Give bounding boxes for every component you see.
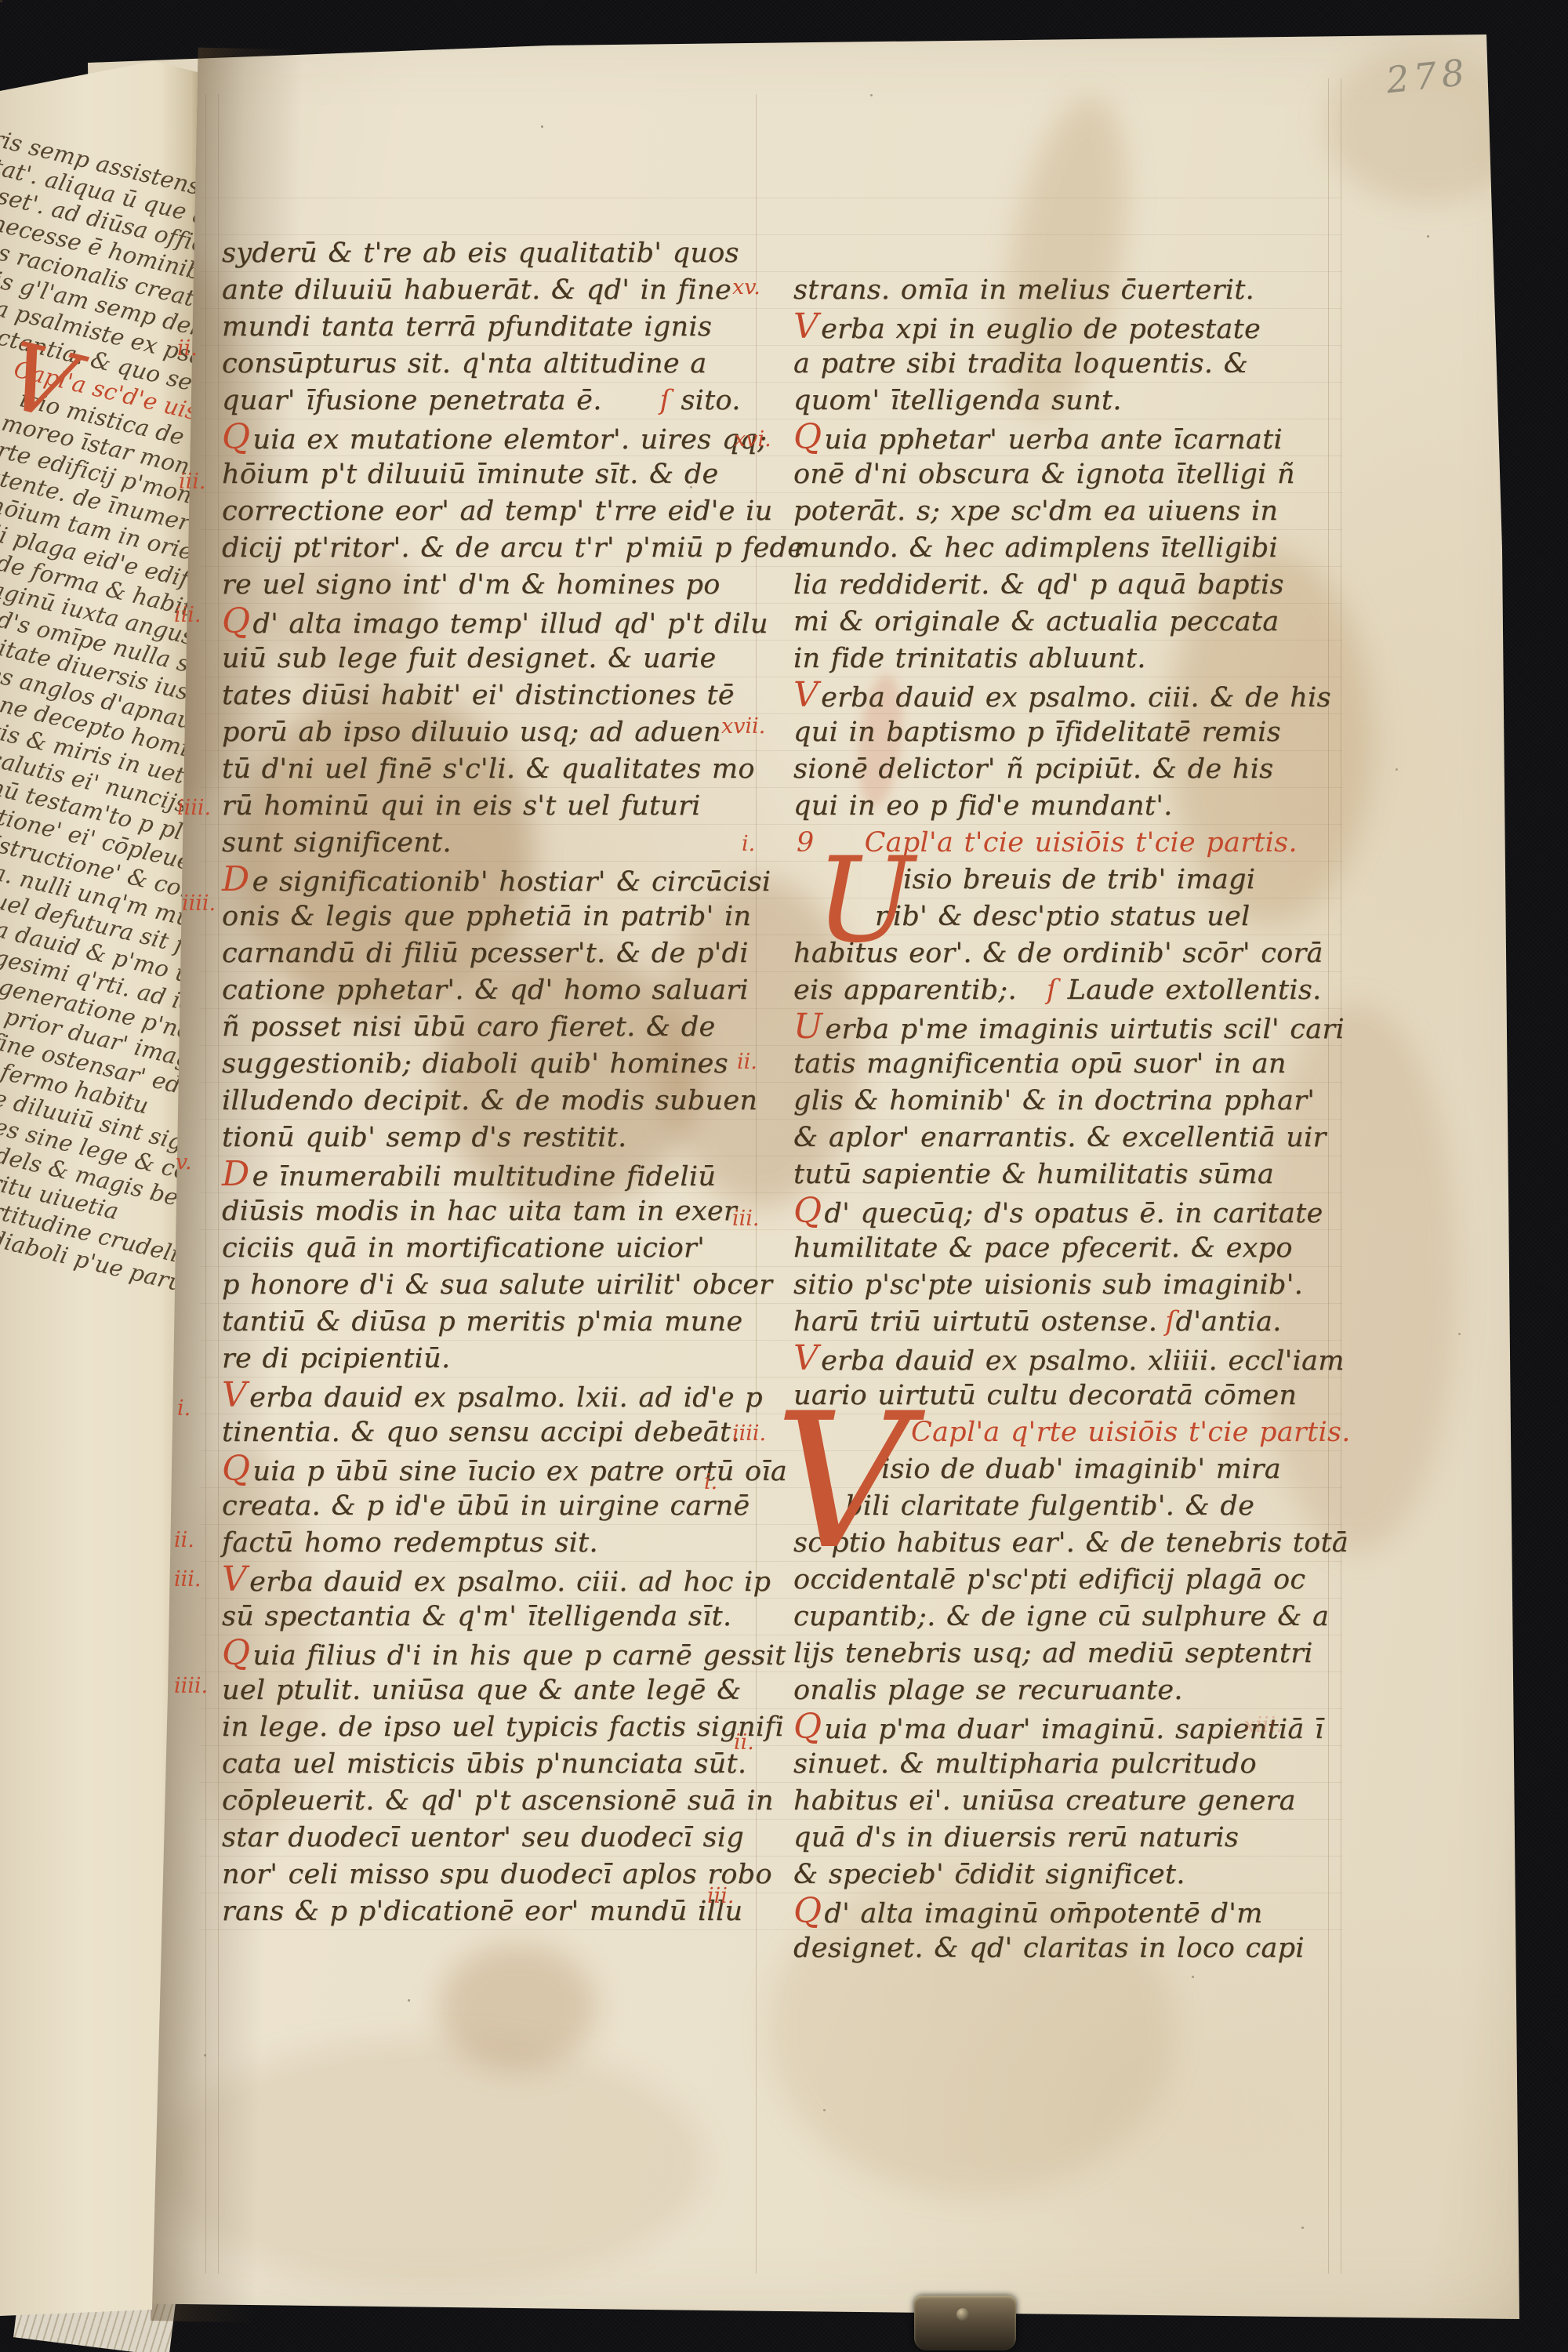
text-line: Qd' alta imaginū om̄potentē d'm xyxy=(793,1893,1263,1930)
text-line: Quia ex mutatione elemtor'. uires qq; xyxy=(222,419,767,456)
text-line: strans. omīa in melius c̄uerterit. xyxy=(793,272,1254,309)
text-segment: ciciis quā in mortificatione uicior' xyxy=(222,1232,705,1264)
text-line: uiū sub lege fuit designet. & uarie xyxy=(222,641,717,677)
text-segment: erba dauid ex psalmo. xliiii. eccl'iam xyxy=(821,1345,1345,1377)
specks xyxy=(0,0,2,2)
text-line: in fide trinitatis abluunt. xyxy=(793,641,1146,677)
chapter-numeral: iiii. xyxy=(174,1675,208,1698)
text-segment: catione pphetar'. & qd' homo saluari xyxy=(222,975,749,1006)
text-segment: qui in baptismo p īfidelitatē remis xyxy=(793,717,1281,748)
text-segment: tū d'ni uel finē s'c'li. & qualitates mo xyxy=(222,753,755,785)
text-line: uel ptulit. uniūsa que & ante legē & xyxy=(222,1672,742,1709)
text-segment: correctione eor' ad temp' t'rre eid'e iu xyxy=(222,495,772,527)
text-segment: syderū & t're ab eis qualitatib' quos xyxy=(222,238,739,269)
text-segment: tinentia. & quo sensu accipi debeāt. xyxy=(222,1417,740,1448)
initial-letter: Q xyxy=(222,1449,250,1489)
text-line: syderū & t're ab eis qualitatib' quos xyxy=(222,235,739,272)
text-segment: erba xpi in euglio de potestate xyxy=(821,314,1261,345)
ruling-vertical xyxy=(205,94,206,2274)
text-line: nor' celi misso spu duodecī aplos robo xyxy=(222,1857,772,1893)
chapter-numeral: xv. xyxy=(732,276,760,299)
text-line: re di pcipientiū. xyxy=(222,1341,450,1377)
chapter-numeral: ii. xyxy=(177,337,198,361)
text-segment: uia filius d'i in his que p carnē gessit xyxy=(252,1640,786,1671)
text-segment: sinuet. & multipharia pulcritudo xyxy=(793,1748,1257,1780)
paragraph-mark: ſ xyxy=(1165,1306,1175,1338)
chapter-numeral: v. xyxy=(176,1151,192,1174)
paragraph-mark: ſ xyxy=(660,385,670,416)
text-segment: sionē delictor' ñ pcipiūt. & de his xyxy=(793,753,1273,785)
text-line: dicij pt'ritor'. & de arcu t'r' p'miū p … xyxy=(222,530,804,567)
text-line: ñ posset nisi ūbū caro fieret. & de xyxy=(222,1009,716,1046)
text-line: a patre sibi tradita loquentis. & xyxy=(793,346,1248,383)
text-segment: d'antia. xyxy=(1176,1306,1282,1338)
text-line: qui in baptismo p īfidelitatē remis xyxy=(793,714,1281,751)
text-line: qui in eo p fid'e mundant'. xyxy=(793,788,1173,825)
paragraph-mark: 9 xyxy=(797,827,815,858)
text-line: Verba dauid ex psalmo. lxii. ad id'e p xyxy=(222,1377,763,1414)
text-line: ciciis quā in mortificatione uicior' xyxy=(222,1230,705,1267)
initial-letter: Q xyxy=(222,1633,250,1673)
text-line: Quia p ūbū sine īucio ex patre ortū oīa xyxy=(222,1451,787,1488)
folio-number: 278 xyxy=(1385,54,1471,99)
text-line: p honore d'i & sua salute uirilit' obcer xyxy=(222,1267,772,1304)
text-line: rū hominū qui in eis s't uel futuri xyxy=(222,788,701,825)
chapter-numeral: ii. xyxy=(734,1731,754,1755)
text-segment: tionū quib' semp d's restitit. xyxy=(222,1122,626,1153)
text-segment: erba dauid ex psalmo. ciii. ad hoc ip xyxy=(249,1566,771,1598)
text-line: in lege. de ipso uel typicis factis sign… xyxy=(222,1709,784,1746)
text-line: Quia filius d'i in his que p carnē gessi… xyxy=(222,1635,786,1672)
text-line: designet. & qd' claritas in loco capi xyxy=(793,1930,1305,1967)
initial-letter: Q xyxy=(793,1707,822,1747)
text-line: & specieb' c̄didit significet. xyxy=(793,1857,1185,1893)
text-line: lia reddiderit. & qd' p aquā baptis xyxy=(793,567,1284,604)
text-line: humilitate & pace pfecerit. & expo xyxy=(793,1230,1293,1267)
text-line: tutū sapientie & humilitatis sūma xyxy=(793,1156,1274,1193)
text-segment: nor' celi misso spu duodecī aplos robo xyxy=(222,1859,772,1890)
text-segment: creata. & p id'e ūbū in uirgine carnē xyxy=(222,1490,750,1522)
initial-letter: V xyxy=(793,675,818,715)
text-line: tates diūsi habit' ei' distinctiones tē xyxy=(222,677,735,714)
text-segment: lia reddiderit. & qd' p aquā baptis xyxy=(793,569,1284,601)
text-line: tantiū & diūsa p meritis p'mia mune xyxy=(222,1304,742,1341)
initial-letter: V xyxy=(793,307,818,347)
book-clasp xyxy=(914,2296,1016,2350)
text-line: Qd' alta imago temp' illud qd' p't dilu xyxy=(222,604,768,641)
text-segment: d' alta imago temp' illud qd' p't dilu xyxy=(252,608,768,640)
text-segment: nib' & desc'ptio status uel xyxy=(875,901,1250,932)
text-line: porū ab ipso diluuio usq; ad aduen xyxy=(222,714,721,751)
text-segment: onalis plage se recuruante. xyxy=(793,1675,1183,1706)
text-segment: mundo. & hec adimplens ītelligibi xyxy=(793,532,1278,564)
ruling-vertical xyxy=(218,94,219,2274)
text-line: diūsis modis in hac uita tam in exer xyxy=(222,1193,737,1230)
text-line: re uel signo int' d'm & homines po xyxy=(222,567,720,604)
text-segment: uia ex mutatione elemtor'. uires qq; xyxy=(252,424,767,456)
text-segment: cata uel misticis ūbis p'nunciata sūt. xyxy=(222,1748,746,1780)
text-segment: isio breuis de trib' imagi xyxy=(903,864,1255,895)
text-line: catione pphetar'. & qd' homo saluari xyxy=(222,972,749,1009)
big-initial-V: V xyxy=(775,1403,909,1562)
text-line: creata. & p id'e ūbū in uirgine carnē xyxy=(222,1488,750,1525)
initial-letter: U xyxy=(793,1007,822,1047)
text-line: cōpleuerit. & qd' p't ascensionē suā in xyxy=(222,1783,774,1820)
text-segment: quar' īfusione penetrata ē. xyxy=(222,385,602,416)
text-line: sū spectantia & q'm' ītelligenda sīt. xyxy=(222,1599,731,1635)
initial-letter: Q xyxy=(222,417,250,457)
rubric-text: Capl'a t'cie uisiōis t'cie partis. xyxy=(865,827,1298,858)
text-segment: harū triū uirtutū ostense. xyxy=(793,1306,1157,1338)
text-line: Qd' quecūq; d's opatus ē. in caritate xyxy=(793,1193,1323,1230)
chapter-numeral: iiii. xyxy=(177,797,211,820)
text-segment: tates diūsi habit' ei' distinctiones tē xyxy=(222,680,735,711)
manuscript-photo: toris semp assistens raro aliuttat'. ali… xyxy=(0,0,1568,2352)
text-segment: isio de duab' imaginib' mira xyxy=(881,1454,1281,1485)
initial-letter: Q xyxy=(793,1191,822,1231)
text-segment: mi & originale & actualia peccata xyxy=(793,606,1279,637)
chapter-numeral: i. xyxy=(704,1471,717,1494)
chapter-numeral: i. xyxy=(742,833,755,856)
text-segment: re di pcipientiū. xyxy=(222,1343,450,1374)
text-segment: strans. omīa in melius c̄uerterit. xyxy=(793,274,1254,306)
text-line: onē d'ni obscura & ignota ītelligi ñ xyxy=(793,456,1295,493)
text-segment: onis & legis que pphetiā in patrib' in xyxy=(222,901,751,932)
text-segment: tutū sapientie & humilitatis sūma xyxy=(793,1159,1274,1190)
text-segment: uiū sub lege fuit designet. & uarie xyxy=(222,643,717,674)
text-segment: e īnumerabili multitudine fideliū xyxy=(252,1161,717,1192)
chapter-numeral: ii. xyxy=(737,1051,757,1074)
text-segment: illudendo decipit. & de modis subuen xyxy=(222,1085,757,1116)
text-line: correctione eor' ad temp' t'rre eid'e iu xyxy=(222,493,772,530)
text-segment: diūsis modis in hac uita tam in exer xyxy=(222,1196,737,1227)
chapter-numeral: iiii. xyxy=(732,1422,766,1446)
text-segment: rū hominū qui in eis s't uel futuri xyxy=(222,790,701,822)
paragraph-mark: ſ xyxy=(1047,975,1057,1006)
text-line: Quia pphetar' uerba ante īcarnati xyxy=(793,419,1283,456)
text-line: mundo. & hec adimplens ītelligibi xyxy=(793,530,1278,567)
text-segment: & specieb' c̄didit significet. xyxy=(793,1859,1185,1890)
initial-letter: Q xyxy=(222,601,250,641)
text-line: mundi tanta terrā pfunditate ignis xyxy=(222,309,712,346)
ghost-numeral: xiii. xyxy=(1243,1714,1283,1737)
initial-letter: D xyxy=(222,1154,250,1194)
text-line: tionū quib' semp d's restitit. xyxy=(222,1120,626,1156)
chapter-numeral: iii. xyxy=(707,1885,735,1908)
ruling-vertical xyxy=(1341,78,1341,2274)
text-line: sunt significent. xyxy=(222,825,452,862)
text-line: De īnumerabili multitudine fideliū xyxy=(222,1156,716,1193)
text-line: Verba dauid ex psalmo. xliiii. eccl'iam xyxy=(793,1341,1345,1377)
text-line: quā d's in diuersis rerū naturis xyxy=(793,1820,1239,1857)
text-segment: re uel signo int' d'm & homines po xyxy=(222,569,720,601)
chapter-numeral: iiii. xyxy=(182,892,216,916)
text-line: Uerba p'me imaginis uirtutis scil' cari xyxy=(793,1009,1345,1046)
text-segment: sunt significent. xyxy=(222,827,452,858)
text-line: onalis plage se recuruante. xyxy=(793,1672,1183,1709)
big-initial-U: U xyxy=(815,851,914,952)
text-segment: ñ posset nisi ūbū caro fieret. & de xyxy=(222,1011,716,1043)
text-segment: d' alta imaginū om̄potentē d'm xyxy=(824,1898,1262,1929)
text-line: cata uel misticis ūbis p'nunciata sūt. xyxy=(222,1746,746,1783)
text-line: Verba xpi in euglio de potestate xyxy=(793,309,1261,346)
text-segment: quom' ītelligenda sunt. xyxy=(793,385,1122,416)
text-segment: erba p'me imaginis uirtutis scil' cari xyxy=(825,1014,1344,1045)
initial-letter: D xyxy=(222,859,250,899)
text-segment: uel ptulit. uniūsa que & ante legē & xyxy=(222,1675,742,1706)
text-segment: sito. xyxy=(670,385,741,416)
text-segment: cupantib;. & de igne cū sulphure & a xyxy=(793,1601,1329,1632)
text-segment: sitio p'sc'pte uisionis sub imaginib'. xyxy=(793,1269,1303,1301)
text-segment: eis apparentib;. xyxy=(793,975,1017,1006)
text-segment: poterāt. s; xpe sc'dm ea uiuens in xyxy=(793,495,1278,527)
text-line: sinuet. & multipharia pulcritudo xyxy=(793,1746,1257,1783)
text-line: star duodecī uentor' seu duodecī sig xyxy=(222,1820,744,1857)
text-segment: glis & hominib' & in doctrina pphar' xyxy=(793,1085,1315,1116)
rubric-text: Capl'a q'rte uisiōis t'cie partis. xyxy=(911,1417,1351,1448)
text-segment: factū homo redemptus sit. xyxy=(222,1527,598,1559)
text-line: tatis magnificentia opū suor' in an xyxy=(793,1046,1287,1083)
text-segment: onē d'ni obscura & ignota ītelligi ñ xyxy=(793,459,1295,490)
text-line: eis apparentib;.ſ Laude extollentis. xyxy=(793,972,1321,1009)
text-segment: uia pphetar' uerba ante īcarnati xyxy=(824,424,1283,456)
chapter-numeral: xvii. xyxy=(721,715,765,739)
text-line: Verba dauid ex psalmo. ciii. ad hoc ip xyxy=(222,1562,771,1599)
text-segment: mundi tanta terrā pfunditate ignis xyxy=(222,311,712,343)
text-line: sionē delictor' ñ pcipiūt. & de his xyxy=(793,751,1273,788)
initial-letter: V xyxy=(793,1338,818,1378)
text-line: onis & legis que pphetiā in patrib' in xyxy=(222,898,751,935)
text-segment: in lege. de ipso uel typicis factis sign… xyxy=(222,1711,784,1743)
text-line: suggestionib; diaboli quib' homines xyxy=(222,1046,728,1083)
text-segment: rans & p p'dicationē eor' mundū illu xyxy=(222,1896,742,1927)
text-line: illudendo decipit. & de modis subuen xyxy=(222,1083,757,1120)
text-segment: qui in eo p fid'e mundant'. xyxy=(793,790,1173,822)
text-segment: star duodecī uentor' seu duodecī sig xyxy=(222,1822,744,1853)
text-line: hōium p't diluuiū īminute sīt. & de xyxy=(222,456,719,493)
text-line: mi & originale & actualia peccata xyxy=(793,604,1279,641)
text-segment: hōium p't diluuiū īminute sīt. & de xyxy=(222,459,719,490)
text-segment: carnandū di filiū pcesser't. & de p'di xyxy=(222,938,749,969)
text-segment: suggestionib; diaboli quib' homines xyxy=(222,1048,728,1080)
chapter-numeral: iii. xyxy=(174,604,201,627)
text-line: lijs tenebris usq; ad mediū septentri xyxy=(793,1635,1313,1672)
text-segment: in fide trinitatis abluunt. xyxy=(793,643,1146,674)
text-line: ante diluuiū habuerāt. & qd' in fine xyxy=(222,272,731,309)
text-line: rans & p p'dicationē eor' mundū illu xyxy=(222,1893,742,1930)
chapter-numeral: iii. xyxy=(179,470,206,494)
text-line: poterāt. s; xpe sc'dm ea uiuens in xyxy=(793,493,1278,530)
text-line: consūpturus sit. q'nta altitudine a xyxy=(222,346,706,383)
initial-letter: Q xyxy=(793,1891,822,1931)
text-segment: e significationib' hostiar' & circūcisi xyxy=(252,866,771,898)
chapter-numeral: ii. xyxy=(174,1529,194,1552)
text-segment: habitus ei'. uniūsa creature genera xyxy=(793,1785,1296,1817)
chapter-numeral: iii. xyxy=(174,1568,201,1592)
text-line: Verba dauid ex psalmo. ciii. & de his xyxy=(793,677,1331,714)
text-line: & aplor' enarrantis. & excellentiā uir xyxy=(793,1120,1327,1156)
chapter-numeral: iii. xyxy=(732,1207,760,1231)
text-segment: a patre sibi tradita loquentis. & xyxy=(793,348,1248,379)
text-segment: cōpleuerit. & qd' p't ascensionē suā in xyxy=(222,1785,774,1817)
text-segment: sū spectantia & q'm' ītelligenda sīt. xyxy=(222,1601,731,1632)
text-segment: & aplor' enarrantis. & excellentiā uir xyxy=(793,1122,1327,1153)
chapter-numeral: i. xyxy=(177,1397,191,1421)
text-line: harū triū uirtutū ostense.ſd'antia. xyxy=(793,1304,1282,1341)
text-segment: porū ab ipso diluuio usq; ad aduen xyxy=(222,717,721,748)
text-line: quom' ītelligenda sunt. xyxy=(793,383,1122,419)
text-segment: d' quecūq; d's opatus ē. in caritate xyxy=(824,1198,1323,1229)
text-segment: consūpturus sit. q'nta altitudine a xyxy=(222,348,706,379)
text-segment: lijs tenebris usq; ad mediū septentri xyxy=(793,1638,1313,1669)
text-segment: designet. & qd' claritas in loco capi xyxy=(793,1933,1305,1964)
text-line: tinentia. & quo sensu accipi debeāt. xyxy=(222,1414,740,1451)
text-segment: p honore d'i & sua salute uirilit' obcer xyxy=(222,1269,772,1301)
text-line: factū homo redemptus sit. xyxy=(222,1525,598,1562)
text-line: tū d'ni uel finē s'c'li. & qualitates mo xyxy=(222,751,755,788)
initial-letter: Q xyxy=(793,417,822,457)
text-line: De significationib' hostiar' & circūcisi xyxy=(222,862,771,898)
text-line: cupantib;. & de igne cū sulphure & a xyxy=(793,1599,1329,1635)
text-segment: Laude extollentis. xyxy=(1057,975,1321,1006)
text-segment: quā d's in diuersis rerū naturis xyxy=(793,1822,1239,1853)
text-segment: tatis magnificentia opū suor' in an xyxy=(793,1048,1287,1080)
text-segment: humilitate & pace pfecerit. & expo xyxy=(793,1232,1293,1264)
text-line: carnandū di filiū pcesser't. & de p'di xyxy=(222,935,749,972)
text-segment: dicij pt'ritor'. & de arcu t'r' p'miū p … xyxy=(222,532,804,564)
left-text-column: syderū & t're ab eis qualitatib' quosant… xyxy=(222,235,763,1936)
text-line: habitus ei'. uniūsa creature genera xyxy=(793,1783,1296,1820)
text-segment: ante diluuiū habuerāt. & qd' in fine xyxy=(222,274,731,306)
text-line: quar' īfusione penetrata ē.ſ sito. xyxy=(222,383,741,419)
initial-letter: V xyxy=(222,1375,247,1415)
initial-letter: V xyxy=(222,1559,247,1599)
text-line: glis & hominib' & in doctrina pphar' xyxy=(793,1083,1315,1120)
text-segment: erba dauid ex psalmo. ciii. & de his xyxy=(821,682,1331,713)
text-segment: erba dauid ex psalmo. lxii. ad id'e p xyxy=(249,1382,763,1414)
text-segment: tantiū & diūsa p meritis p'mia mune xyxy=(222,1306,742,1338)
chapter-numeral: xvi. xyxy=(734,428,771,452)
text-line: sitio p'sc'pte uisionis sub imaginib'. xyxy=(793,1267,1303,1304)
